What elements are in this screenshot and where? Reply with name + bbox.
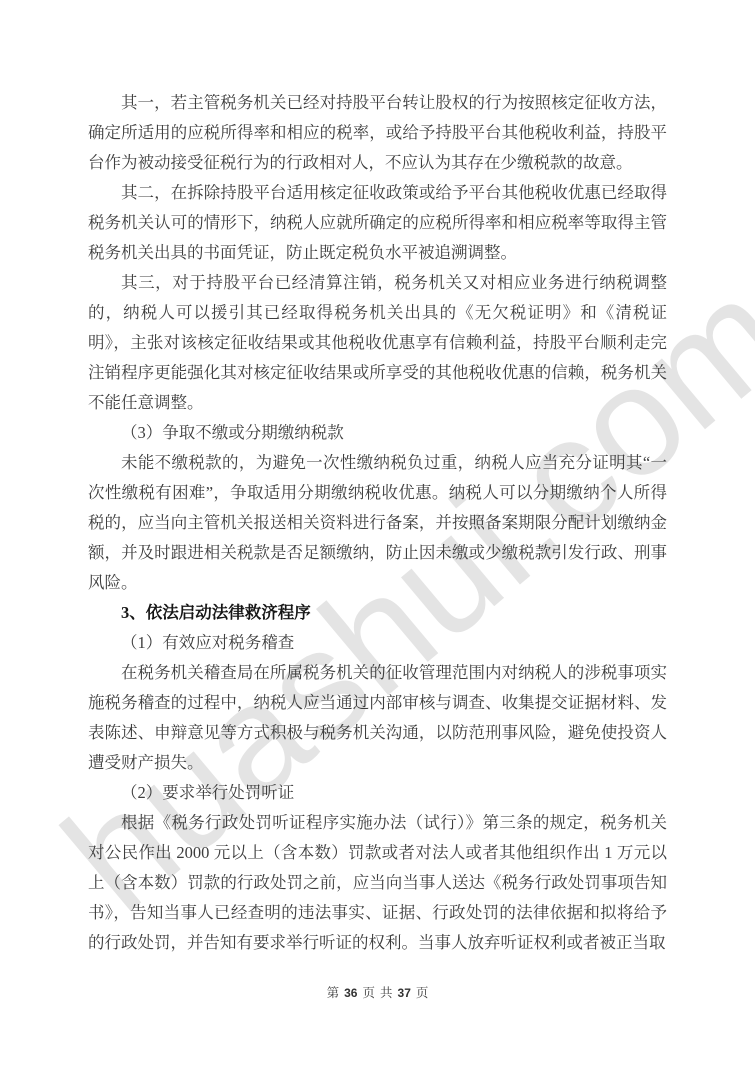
document-body: 其一，若主管税务机关已经对持股平台转让股权的行为按照核定征收方法，确定所适用的应… xyxy=(88,88,667,958)
page-footer: 第 36 页 共 37 页 xyxy=(0,983,755,1001)
sub-item-heading: （1）有效应对税务稽查 xyxy=(88,628,667,658)
footer-label-page-suffix: 页 xyxy=(416,983,429,1001)
footer-label-of: 共 xyxy=(380,983,393,1001)
paragraph: 其二，在拆除持股平台适用核定征收政策或给予平台其他税收优惠已经取得税务机关认可的… xyxy=(88,178,667,268)
paragraph: 在税务机关稽查局在所属税务机关的征收管理范围内对纳税人的涉税事项实施税务稽查的过… xyxy=(88,658,667,778)
sub-item-heading: （2）要求举行处罚听证 xyxy=(88,778,667,808)
footer-current-page: 36 xyxy=(344,986,357,1000)
sub-item-heading: （3）争取不缴或分期缴纳税款 xyxy=(88,418,667,448)
footer-total-pages: 37 xyxy=(398,986,411,1000)
document-page: huashui.com 其一，若主管税务机关已经对持股平台转让股权的行为按照核定… xyxy=(0,0,755,1067)
footer-label-page: 页 xyxy=(362,983,375,1001)
paragraph: 其一，若主管税务机关已经对持股平台转让股权的行为按照核定征收方法，确定所适用的应… xyxy=(88,88,667,178)
paragraph: 根据《税务行政处罚听证程序实施办法（试行）》第三条的规定，税务机关对公民作出 2… xyxy=(88,808,667,958)
paragraph: 未能不缴税款的，为避免一次性缴纳税负过重，纳税人应当充分证明其“一次性缴税有困难… xyxy=(88,448,667,598)
paragraph: 其三，对于持股平台已经清算注销，税务机关又对相应业务进行纳税调整的，纳税人可以援… xyxy=(88,268,667,418)
footer-label-prefix: 第 xyxy=(327,983,340,1001)
numbered-section-heading: 3、依法启动法律救济程序 xyxy=(88,598,667,628)
